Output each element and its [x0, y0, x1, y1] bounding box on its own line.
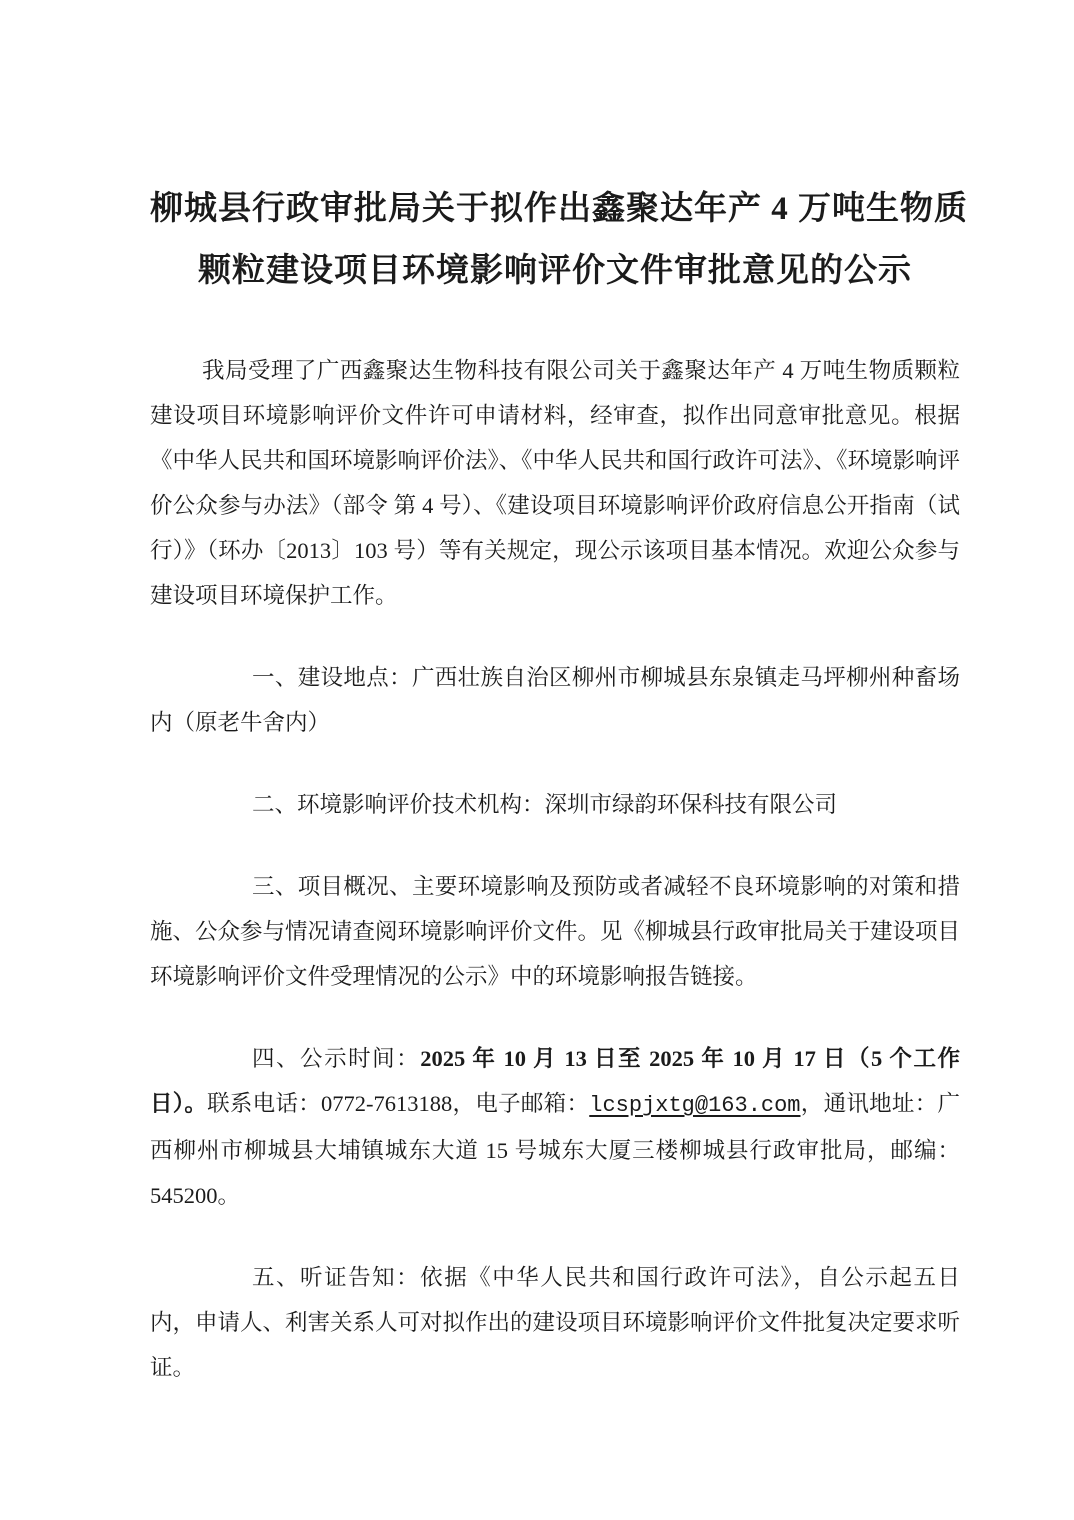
section-4-contact-prefix: 联系电话：0772-7613188，电子邮箱：	[207, 1091, 589, 1116]
paragraph-section-5-hearing-notice: 五、听证告知：依据《中华人民共和国行政许可法》，自公示起五日内，申请人、利害关系…	[150, 1255, 960, 1390]
paragraph-intro: 我局受理了广西鑫聚达生物科技有限公司关于鑫聚达年产 4 万吨生物质颗粒建设项目环…	[150, 348, 960, 618]
section-5-text: 五、听证告知：依据《中华人民共和国行政许可法》，自公示起五日内，申请人、利害关系…	[150, 1265, 960, 1380]
section-1-text: 一、建设地点：广西壮族自治区柳州市柳城县东泉镇走马坪柳州种畜场内（原老牛舍内）	[150, 665, 960, 735]
document-title-line-2: 颗粒建设项目环境影响评价文件审批意见的公示	[150, 240, 960, 302]
document-page: 柳城县行政审批局关于拟作出鑫聚达年产 4 万吨生物质 颗粒建设项目环境影响评价文…	[0, 0, 1074, 1520]
document-title-line-1: 柳城县行政审批局关于拟作出鑫聚达年产 4 万吨生物质	[150, 178, 960, 240]
paragraph-intro-text: 我局受理了广西鑫聚达生物科技有限公司关于鑫聚达年产 4 万吨生物质颗粒建设项目环…	[150, 358, 960, 608]
paragraph-section-3-overview: 三、项目概况、主要环境影响及预防或者减轻不良环境影响的对策和措施、公众参与情况请…	[150, 864, 960, 999]
paragraph-section-4-publicity-period: 四、公示时间：2025 年 10 月 13 日至 2025 年 10 月 17 …	[150, 1036, 960, 1218]
paragraph-section-1-location: 一、建设地点：广西壮族自治区柳州市柳城县东泉镇走马坪柳州种畜场内（原老牛舍内）	[150, 655, 960, 745]
paragraph-section-2-agency: 二、环境影响评价技术机构：深圳市绿韵环保科技有限公司	[150, 782, 960, 827]
section-2-text: 二、环境影响评价技术机构：深圳市绿韵环保科技有限公司	[252, 792, 837, 817]
section-4-label: 四、公示时间：	[252, 1046, 420, 1071]
document-title: 柳城县行政审批局关于拟作出鑫聚达年产 4 万吨生物质 颗粒建设项目环境影响评价文…	[150, 178, 960, 302]
email-link[interactable]: lcspjxtg@163.com	[589, 1093, 800, 1118]
section-3-text: 三、项目概况、主要环境影响及预防或者减轻不良环境影响的对策和措施、公众参与情况请…	[150, 874, 960, 989]
